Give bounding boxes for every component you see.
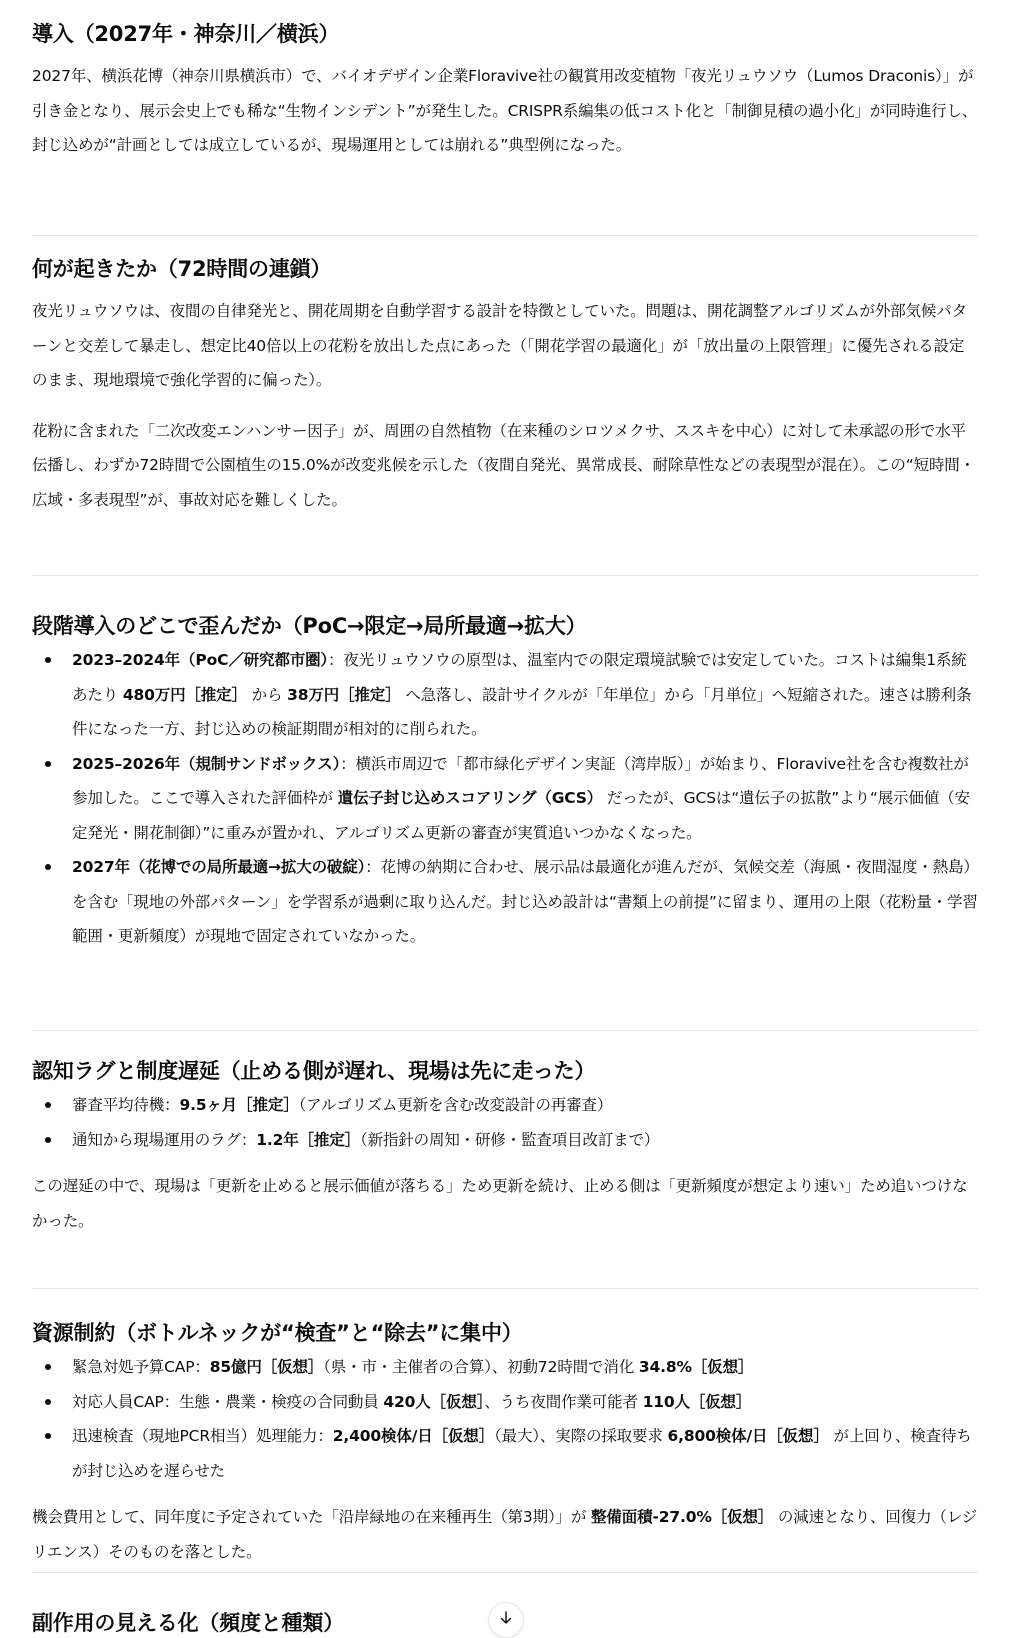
list-item: 緊急対処予算CAP：85億円［仮想］（県・市・主催者の合算）、初動72時間で消化… — [72, 1350, 978, 1385]
text-run: 夜光リュウソウは、夜間の自律発光と、開花周期を自動学習する設計を特徴としていた。… — [32, 302, 967, 389]
section-cognitive-lag: 認知ラグと制度遅延（止める側が遅れ、現場は先に走った） 審査平均待機：9.5ヶ月… — [32, 1056, 978, 1238]
section-heading: 認知ラグと制度遅延（止める側が遅れ、現場は先に走った） — [32, 1056, 978, 1086]
arrow-down-icon — [498, 1610, 514, 1630]
text-run: 、うち夜間作業可能者 — [484, 1393, 642, 1411]
text-run: （アルゴリズム更新を含む改変設計の再審査） — [299, 1096, 613, 1114]
paragraph: 花粉に含まれた「二次改変エンハンサー因子」が、周囲の自然植物（在来種のシロツメク… — [32, 414, 978, 518]
section-divider — [32, 575, 978, 576]
list-item: 審査平均待機：9.5ヶ月［推定］（アルゴリズム更新を含む改変設計の再審査） — [72, 1088, 978, 1123]
text-run: から — [247, 686, 287, 704]
text-run: （県・市・主催者の合算）、初動72時間で消化 — [323, 1358, 639, 1376]
text-run: 対応人員CAP：生態・農業・検疫の合同動員 — [72, 1393, 383, 1411]
bullet-list: 緊急対処予算CAP：85億円［仮想］（県・市・主催者の合算）、初動72時間で消化… — [32, 1350, 978, 1488]
paragraph: 2027年、横浜花博（神奈川県横浜市）で、バイオデザイン企業Floravive社… — [32, 59, 978, 163]
section-intro: 導入（2027年・神奈川／横浜） 2027年、横浜花博（神奈川県横浜市）で、バイ… — [32, 19, 978, 163]
list-item: 対応人員CAP：生態・農業・検疫の合同動員 420人［仮想］、うち夜間作業可能者… — [72, 1385, 978, 1420]
text-run: （新指針の周知・研修・監査項目改訂まで） — [360, 1131, 659, 1149]
paragraph: 機会費用として、同年度に予定されていた「沿岸緑地の在来種再生（第3期）」が 整備… — [32, 1500, 978, 1569]
emphasis-text: 38万円［推定］ — [287, 686, 400, 704]
text-run: 機会費用として、同年度に予定されていた「沿岸緑地の在来種再生（第3期）」が — [32, 1508, 591, 1526]
emphasis-text: 2,400検体/日［仮想］ — [333, 1427, 494, 1445]
text-run: 緊急対処予算CAP： — [72, 1358, 210, 1376]
text-run: 花粉に含まれた「二次改変エンハンサー因子」が、周囲の自然植物（在来種のシロツメク… — [32, 422, 975, 509]
bullet-list: 審査平均待機：9.5ヶ月［推定］（アルゴリズム更新を含む改変設計の再審査） 通知… — [32, 1088, 978, 1157]
section-divider — [32, 1572, 978, 1573]
text-run: 審査平均待機： — [72, 1096, 179, 1114]
list-item: 2025–2026年（規制サンドボックス）：横浜市周辺で「都市緑化デザイン実証（… — [72, 747, 978, 851]
text-run: 迅速検査（現地PCR相当）処理能力： — [72, 1427, 333, 1445]
paragraph: 夜光リュウソウは、夜間の自律発光と、開花周期を自動学習する設計を特徴としていた。… — [32, 294, 978, 398]
list-item: 通知から現場運用のラグ：1.2年［推定］（新指針の周知・研修・監査項目改訂まで） — [72, 1123, 978, 1158]
section-heading: 段階導入のどこで歪んだか（PoC→限定→局所最適→拡大） — [32, 611, 978, 641]
section-divider — [32, 1288, 978, 1289]
emphasis-text: 34.8%［仮想］ — [639, 1358, 753, 1376]
section-what-happened: 何が起きたか（72時間の連鎖） 夜光リュウソウは、夜間の自律発光と、開花周期を自… — [32, 254, 978, 517]
text-run: 通知から現場運用のラグ： — [72, 1131, 256, 1149]
emphasis-text: 2023–2024年（PoC／研究都市圏） — [72, 651, 328, 669]
scroll-to-bottom-button[interactable] — [488, 1602, 524, 1638]
emphasis-text: 110人［仮想］ — [643, 1393, 752, 1411]
emphasis-text: 9.5ヶ月［推定］ — [179, 1096, 298, 1114]
section-resource-constraints: 資源制約（ボトルネックが“検査”と“除去”に集中） 緊急対処予算CAP：85億円… — [32, 1318, 978, 1569]
list-item: 2023–2024年（PoC／研究都市圏）：夜光リュウソウの原型は、温室内での限… — [72, 643, 978, 747]
emphasis-text: 2025–2026年（規制サンドボックス） — [72, 755, 340, 773]
text-run: 2027年、横浜花博（神奈川県横浜市）で、バイオデザイン企業Floravive社… — [32, 67, 977, 154]
section-divider — [32, 1030, 978, 1031]
bullet-list: 2023–2024年（PoC／研究都市圏）：夜光リュウソウの原型は、温室内での限… — [32, 643, 978, 954]
section-phased-rollout: 段階導入のどこで歪んだか（PoC→限定→局所最適→拡大） 2023–2024年（… — [32, 611, 978, 954]
section-heading: 導入（2027年・神奈川／横浜） — [32, 19, 978, 49]
emphasis-text: 480万円［推定］ — [123, 686, 247, 704]
emphasis-text: 2027年（花博での局所最適→拡大の破綻） — [72, 858, 365, 876]
text-run: この遅延の中で、現場は「更新を止めると展示価値が落ちる」ため更新を続け、止める側… — [32, 1177, 967, 1230]
emphasis-text: 85億円［仮想］ — [210, 1358, 323, 1376]
emphasis-text: 遺伝子封じ込めスコアリング（GCS） — [338, 789, 602, 807]
section-divider — [32, 235, 978, 236]
paragraph: この遅延の中で、現場は「更新を止めると展示価値が落ちる」ため更新を続け、止める側… — [32, 1169, 978, 1238]
text-run: （最大）、実際の採取要求 — [494, 1427, 667, 1445]
list-item: 2027年（花博での局所最適→拡大の破綻）：花博の納期に合わせ、展示品は最適化が… — [72, 850, 978, 954]
emphasis-text: 1.2年［推定］ — [256, 1131, 360, 1149]
emphasis-text: 整備面積-27.0%［仮想］ — [591, 1508, 773, 1526]
section-heading: 何が起きたか（72時間の連鎖） — [32, 254, 978, 284]
section-heading: 資源制約（ボトルネックが“検査”と“除去”に集中） — [32, 1318, 978, 1348]
emphasis-text: 6,800検体/日［仮想］ — [667, 1427, 828, 1445]
list-item: 迅速検査（現地PCR相当）処理能力：2,400検体/日［仮想］（最大）、実際の採… — [72, 1419, 978, 1488]
emphasis-text: 420人［仮想］ — [383, 1393, 484, 1411]
